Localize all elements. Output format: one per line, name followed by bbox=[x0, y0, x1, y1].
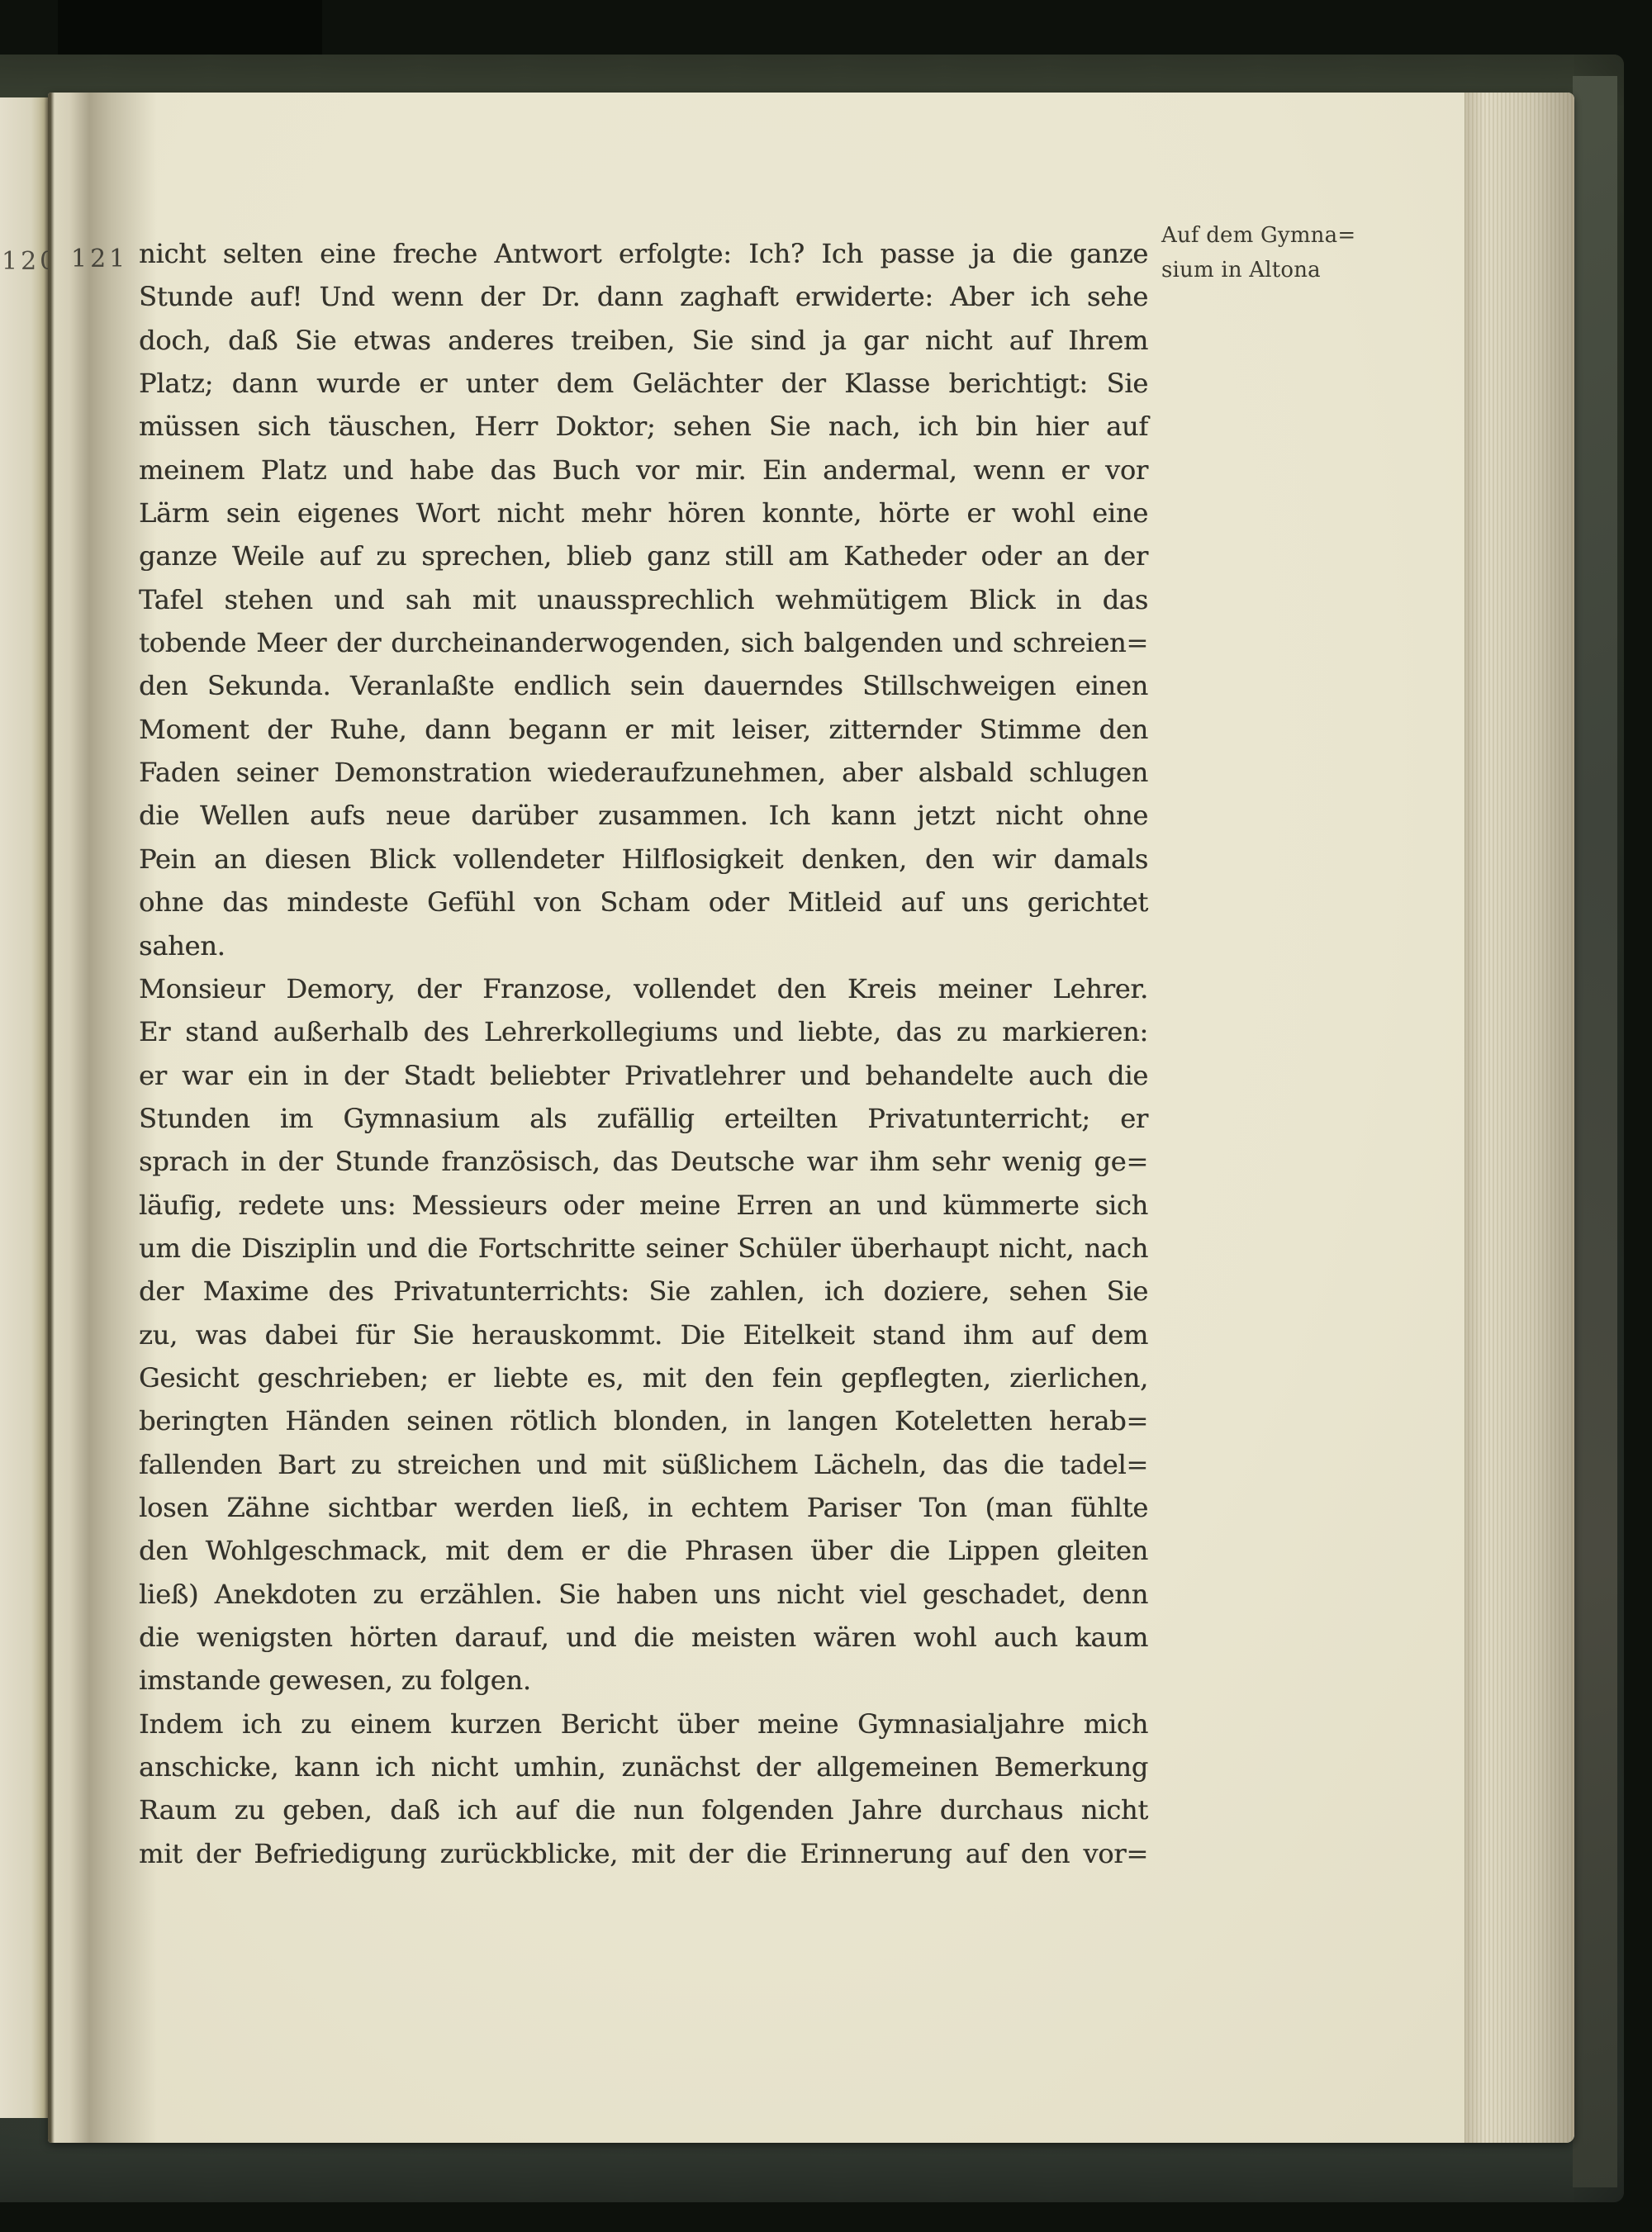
text-line: er war ein in der Stadt beliebter Privat… bbox=[139, 1054, 1148, 1097]
text-line: den Wohlgeschmack, mit dem er die Phrase… bbox=[139, 1529, 1148, 1572]
page-number: 121 bbox=[71, 245, 128, 273]
text-line: läufig, redete uns: Messieurs oder meine… bbox=[139, 1184, 1148, 1227]
text-line: Pein an diesen Blick vollendeter Hilflos… bbox=[139, 838, 1148, 881]
margin-note-line: Auf dem Gymna= bbox=[1161, 218, 1401, 253]
text-line: Stunde auf! Und wenn der Dr. dann zaghaf… bbox=[139, 275, 1148, 318]
text-line: meinem Platz und habe das Buch vor mir. … bbox=[139, 449, 1148, 492]
text-line: zu, was dabei für Sie herauskommt. Die E… bbox=[139, 1313, 1148, 1356]
text-line: losen Zähne sichtbar werden ließ, in ech… bbox=[139, 1486, 1148, 1529]
text-line: doch, daß Sie etwas anderes treiben, Sie… bbox=[139, 319, 1148, 362]
text-line: sahen. bbox=[139, 924, 1148, 967]
text-line: beringten Händen seinen rötlich blonden,… bbox=[139, 1399, 1148, 1442]
text-line: ohne das mindeste Gefühl von Scham oder … bbox=[139, 881, 1148, 924]
body-text: nicht selten eine freche Antwort erfolgt… bbox=[139, 232, 1148, 1875]
text-line: müssen sich täuschen, Herr Doktor; sehen… bbox=[139, 405, 1148, 448]
text-line: die Wellen aufs neue darüber zusammen. I… bbox=[139, 794, 1148, 837]
text-line: mit der Befriedigung zurückblicke, mit d… bbox=[139, 1832, 1148, 1875]
text-line: Stunden im Gymnasium als zufällig erteil… bbox=[139, 1097, 1148, 1140]
book-scan: 120 121 Auf dem Gymna= sium in Altona ni… bbox=[0, 0, 1652, 2232]
text-line: die wenigsten hörten darauf, und die mei… bbox=[139, 1616, 1148, 1659]
fore-edge-pages bbox=[1464, 93, 1574, 2143]
book-cover-edge bbox=[1573, 76, 1617, 2187]
paragraph: Monsieur Demory, der Franzose, vollendet… bbox=[139, 967, 1148, 1702]
text-line: ließ) Anekdoten zu erzählen. Sie haben u… bbox=[139, 1573, 1148, 1616]
text-line: nicht selten eine freche Antwort erfolgt… bbox=[139, 232, 1148, 275]
text-line: Er stand außerhalb des Lehrerkollegiums … bbox=[139, 1010, 1148, 1053]
text-line: ganze Weile auf zu sprechen, blieb ganz … bbox=[139, 534, 1148, 577]
text-line: sprach in der Stunde französisch, das De… bbox=[139, 1140, 1148, 1183]
text-line: Indem ich zu einem kurzen Bericht über m… bbox=[139, 1702, 1148, 1745]
text-line: Raum zu geben, daß ich auf die nun folge… bbox=[139, 1788, 1148, 1831]
paragraph: Indem ich zu einem kurzen Bericht über m… bbox=[139, 1702, 1148, 1875]
text-line: anschicke, kann ich nicht umhin, zunächs… bbox=[139, 1745, 1148, 1788]
text-line: der Maxime des Privatunterrichts: Sie za… bbox=[139, 1270, 1148, 1313]
text-line: Monsieur Demory, der Franzose, vollendet… bbox=[139, 967, 1148, 1010]
text-line: den Sekunda. Veranlaßte endlich sein dau… bbox=[139, 664, 1148, 707]
text-line: Gesicht geschrieben; er liebte es, mit d… bbox=[139, 1356, 1148, 1399]
background-shadow bbox=[58, 0, 322, 63]
text-line: Lärm sein eigenes Wort nicht mehr hören … bbox=[139, 492, 1148, 534]
previous-page-edge: 120 bbox=[0, 97, 48, 2118]
text-line: Faden seiner Demonstration wiederaufzune… bbox=[139, 751, 1148, 794]
text-line: Tafel stehen und sah mit unaussprechlich… bbox=[139, 578, 1148, 621]
margin-note: Auf dem Gymna= sium in Altona bbox=[1161, 218, 1401, 287]
text-line: Moment der Ruhe, dann begann er mit leis… bbox=[139, 708, 1148, 751]
text-line: tobende Meer der durcheinanderwogenden, … bbox=[139, 621, 1148, 664]
text-line: fallenden Bart zu streichen und mit süßl… bbox=[139, 1443, 1148, 1486]
text-line: Platz; dann wurde er unter dem Gelächter… bbox=[139, 362, 1148, 405]
text-line: um die Disziplin und die Fortschritte se… bbox=[139, 1227, 1148, 1270]
margin-note-line: sium in Altona bbox=[1161, 253, 1401, 287]
paragraph: nicht selten eine freche Antwort erfolgt… bbox=[139, 232, 1148, 967]
text-line: imstande gewesen, zu folgen. bbox=[139, 1659, 1148, 1702]
